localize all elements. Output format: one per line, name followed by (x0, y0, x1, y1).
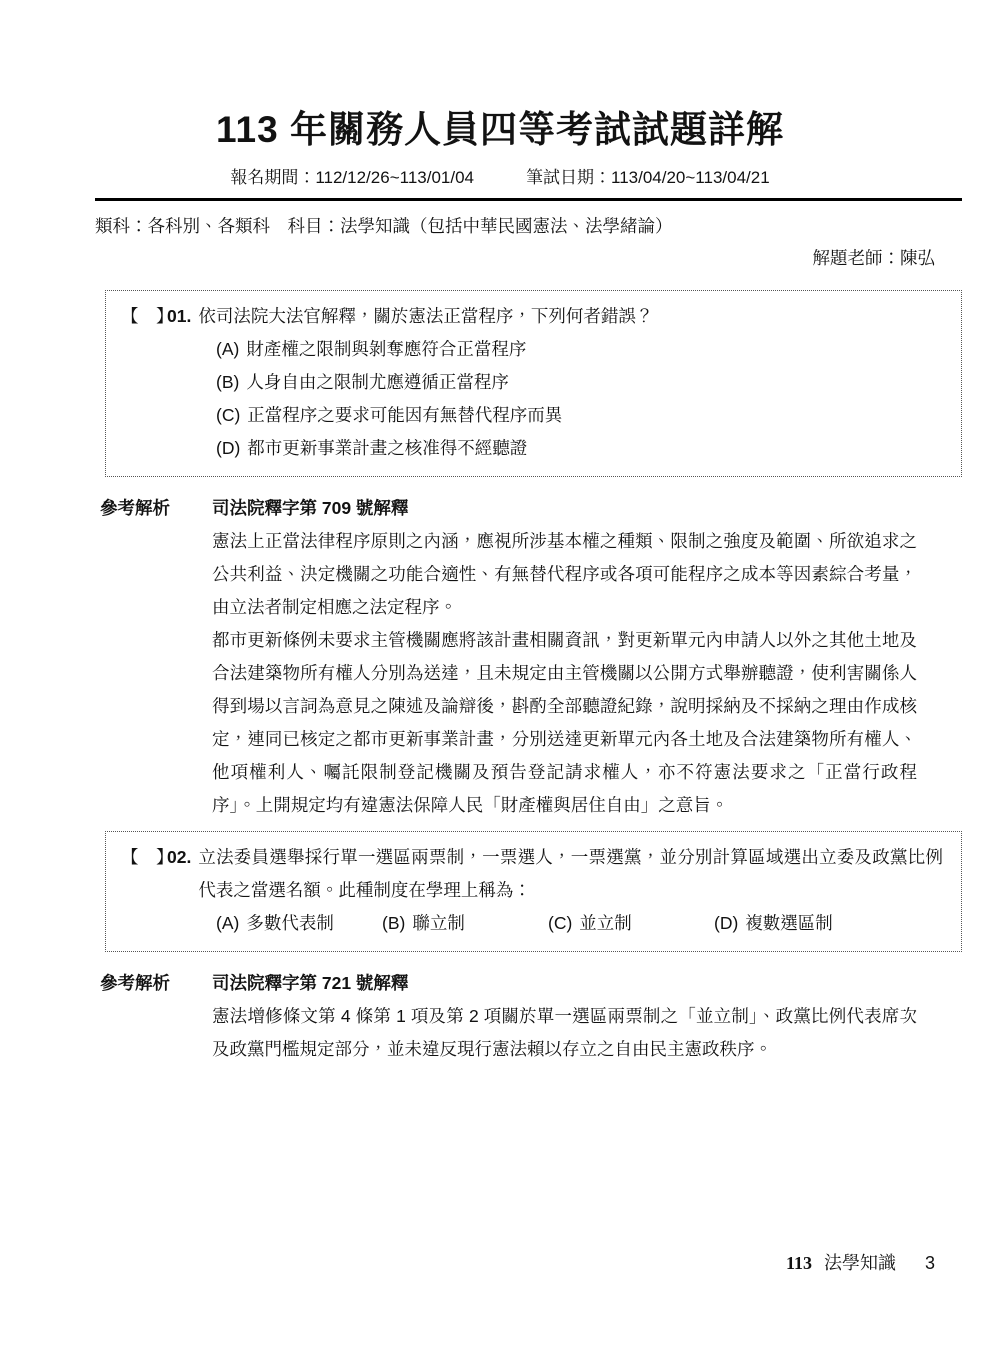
analysis-body: 司法院釋字第 721 號解釋 憲法增修條文第 4 條第 1 項及第 2 項關於單… (212, 967, 917, 1066)
question-01-options: (A)財產權之限制與剝奪應符合正當程序 (B)人身自由之限制尤應遵循正當程序 (… (216, 333, 943, 465)
option-a: (A)財產權之限制與剝奪應符合正當程序 (216, 333, 943, 366)
registration-period: 報名期間：112/12/26~113/01/04 (230, 166, 474, 189)
question-01-stem: 【 】 01. 依司法院大法官解釋，關於憲法正當程序，下列何者錯誤？ (121, 300, 943, 333)
question-text: 依司法院大法官解釋，關於憲法正當程序，下列何者錯誤？ (198, 300, 943, 333)
footer-subject: 法學知識 (824, 1253, 896, 1273)
option-text: 都市更新事業計畫之核准得不經聽證 (247, 438, 527, 458)
option-label: (A) (216, 913, 239, 933)
option-text: 多數代表制 (246, 913, 334, 933)
question-02-analysis: 參考解析 司法院釋字第 721 號解釋 憲法增修條文第 4 條第 1 項及第 2… (100, 967, 962, 1066)
option-b: (B)人身自由之限制尤應遵循正當程序 (216, 366, 943, 399)
option-text: 人身自由之限制尤應遵循正當程序 (246, 372, 509, 392)
teacher-name-line: 解題老師：陳弘 (0, 246, 935, 270)
analysis-heading: 司法院釋字第 709 號解釋 (212, 492, 917, 525)
option-text: 正當程序之要求可能因有無替代程序而異 (247, 405, 562, 425)
question-01-analysis: 參考解析 司法院釋字第 709 號解釋 憲法上正當法律程序原則之內涵，應視所涉基… (100, 492, 962, 822)
exam-solution-page: 113 年關務人員四等考試試題詳解 報名期間：112/12/26~113/01/… (0, 0, 1000, 1353)
header-divider (95, 198, 962, 201)
page-title: 113 年關務人員四等考試試題詳解 (0, 0, 1000, 156)
option-label: (A) (216, 339, 239, 359)
footer-page-number: 3 (925, 1253, 935, 1273)
option-a: (A)多數代表制 (216, 907, 382, 940)
option-label: (C) (548, 913, 572, 933)
option-label: (C) (216, 405, 240, 425)
option-label: (B) (216, 372, 239, 392)
question-number: 01. (167, 300, 191, 333)
answer-brackets: 【 】 (121, 841, 167, 907)
analysis-paragraph: 憲法上正當法律程序原則之內涵，應視所涉基本權之種類、限制之強度及範圍、所欲追求之… (212, 525, 917, 624)
option-d: (D)都市更新事業計畫之核准得不經聽證 (216, 432, 943, 465)
option-text: 複數選區制 (745, 913, 833, 933)
category-subject-line: 類科：各科別、各類科 科目：法學知識（包括中華民國憲法、法學緒論） (95, 214, 962, 238)
option-d: (D)複數選區制 (714, 907, 833, 940)
option-label: (D) (714, 913, 738, 933)
question-02-box: 【 】 02. 立法委員選舉採行單一選區兩票制，一票選人，一票選黨，並分別計算區… (105, 831, 962, 952)
written-exam-date: 筆試日期：113/04/20~113/04/21 (526, 166, 770, 189)
answer-brackets: 【 】 (121, 300, 167, 333)
footer-year: 113 (786, 1253, 812, 1273)
option-text: 並立制 (579, 913, 632, 933)
analysis-heading: 司法院釋字第 721 號解釋 (212, 967, 917, 1000)
option-text: 財產權之限制與剝奪應符合正當程序 (246, 339, 526, 359)
option-c: (C)並立制 (548, 907, 714, 940)
analysis-paragraph: 憲法增修條文第 4 條第 1 項及第 2 項關於單一選區兩票制之「並立制」、政黨… (212, 1000, 917, 1066)
question-number: 02. (167, 841, 191, 907)
option-label: (B) (382, 913, 405, 933)
question-02-options: (A)多數代表制 (B)聯立制 (C)並立制 (D)複數選區制 (216, 907, 943, 940)
question-02-stem: 【 】 02. 立法委員選舉採行單一選區兩票制，一票選人，一票選黨，並分別計算區… (121, 841, 943, 907)
option-c: (C)正當程序之要求可能因有無替代程序而異 (216, 399, 943, 432)
analysis-body: 司法院釋字第 709 號解釋 憲法上正當法律程序原則之內涵，應視所涉基本權之種類… (212, 492, 917, 822)
analysis-label: 參考解析 (100, 492, 212, 822)
question-text: 立法委員選舉採行單一選區兩票制，一票選人，一票選黨，並分別計算區域選出立委及政黨… (198, 841, 943, 907)
option-label: (D) (216, 438, 240, 458)
option-text: 聯立制 (412, 913, 465, 933)
exam-dates-line: 報名期間：112/12/26~113/01/04 筆試日期：113/04/20~… (0, 166, 1000, 189)
option-b: (B)聯立制 (382, 907, 548, 940)
analysis-paragraph: 都市更新條例未要求主管機關應將該計畫相關資訊，對更新單元內申請人以外之其他土地及… (212, 624, 917, 822)
question-01-box: 【 】 01. 依司法院大法官解釋，關於憲法正當程序，下列何者錯誤？ (A)財產… (105, 290, 962, 477)
page-footer: 113 法學知識 3 (786, 1250, 935, 1276)
analysis-label: 參考解析 (100, 967, 212, 1066)
